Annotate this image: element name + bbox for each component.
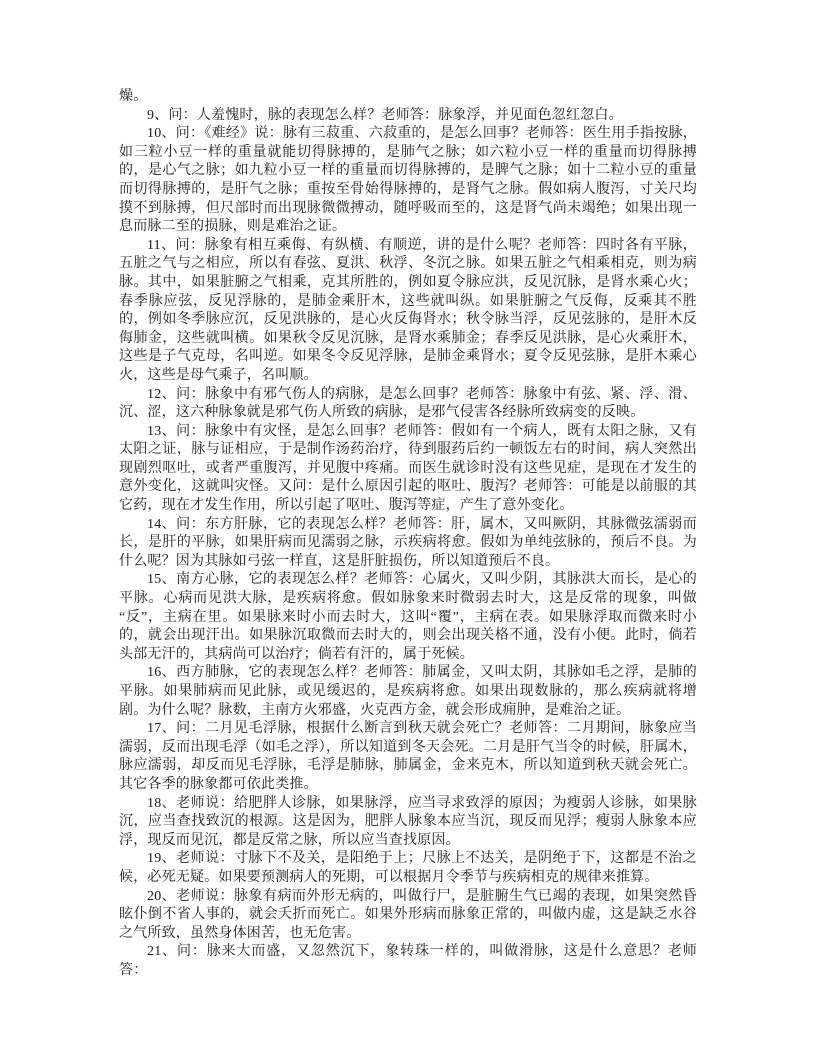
paragraph: 12、问：脉象中有邪气伤人的病脉，是怎么回事？老师答：脉象中有弦、紧、浮、滑、沉… <box>119 386 697 423</box>
paragraph: 20、老师说：脉象有病而外形无病的，叫做行尸，是脏腑生气已竭的表现，如果突然昏眩… <box>119 888 697 944</box>
paragraph: 17、问：二月见毛浮脉，根据什么断言到秋天就会死亡？老师答：二月期间，脉象应当濡… <box>119 720 697 794</box>
paragraph: 16、西方肺脉，它的表现怎么样？老师答：肺属金，又叫太阴，其脉如毛之浮，是肺的平… <box>119 664 697 720</box>
paragraph: 11、问：脉象有相互乘侮、有纵横、有顺逆，讲的是什么呢？老师答：四时各有平脉，五… <box>119 237 697 386</box>
paragraph: 14、问：东方肝脉，它的表现怎么样？老师答：肝，属木，又叫厥阴，其脉微弦濡弱而长… <box>119 516 697 572</box>
document-page: 燥。9、问：人羞愧时，脉的表现怎么样？老师答：脉象浮，并见面色忽红忽白。10、问… <box>0 0 816 1056</box>
paragraph: 10、问：《难经》说：脉有三菽重、六菽重的，是怎么回事？老师答：医生用手指按脉，… <box>119 125 697 237</box>
paragraph: 13、问：脉象中有灾怪，是怎么回事？老师答：假如有一个病人，既有太阳之脉，又有太… <box>119 423 697 516</box>
paragraph: 18、老师说：给肥胖人诊脉，如果脉浮，应当寻求致浮的原因；为瘦弱人诊脉，如果脉沉… <box>119 795 697 851</box>
paragraph: 15、南方心脉，它的表现怎么样？老师答：心属火，又叫少阴，其脉洪大而长，是心的平… <box>119 571 697 664</box>
paragraph: 燥。 <box>119 88 697 107</box>
paragraph: 21、问：脉来大而盛，又忽然沉下，象转珠一样的，叫做滑脉，这是什么意思？老师答： <box>119 943 697 980</box>
paragraph: 19、老师说：寸脉下不及关，是阳绝于上；尺脉上不达关，是阴绝于下，这都是不治之候… <box>119 850 697 887</box>
document-body: 燥。9、问：人羞愧时，脉的表现怎么样？老师答：脉象浮，并见面色忽红忽白。10、问… <box>119 88 697 981</box>
paragraph: 9、问：人羞愧时，脉的表现怎么样？老师答：脉象浮，并见面色忽红忽白。 <box>119 107 697 126</box>
